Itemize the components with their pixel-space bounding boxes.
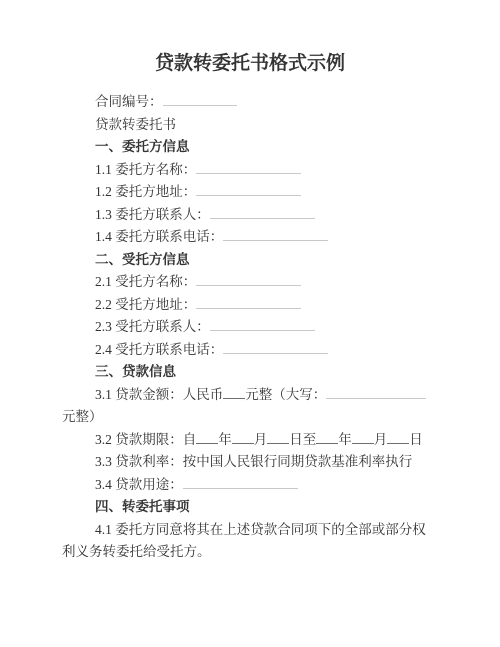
item-2-3: 2.3 受托方联系人： [62, 316, 438, 339]
fill-in-blank [223, 227, 328, 241]
item-1-4: 1.4 委托方联系电话： [62, 226, 438, 249]
fill-in-blank [210, 317, 315, 331]
contract-number-blank [163, 92, 237, 106]
item-1-2: 1.2 委托方地址： [62, 181, 438, 204]
item-label: 2.1 受托方名称： [95, 274, 196, 289]
start-year-blank [196, 430, 218, 444]
fill-in-blank [196, 160, 301, 174]
year-label: 年 [218, 432, 232, 447]
end-year-blank [316, 430, 338, 444]
fill-in-blank [196, 295, 301, 309]
item-label: 1.2 委托方地址： [95, 184, 196, 199]
item-label: 1.3 委托方联系人： [95, 207, 210, 222]
section-4-heading: 四、转委托事项 [62, 496, 438, 519]
loan-purpose-blank [183, 475, 298, 489]
loan-amount-line: 3.1 贷款金额：人民币元整（大写：元整） [62, 384, 438, 429]
item-2-1: 2.1 受托方名称： [62, 271, 438, 294]
day-label: 日 [409, 432, 423, 447]
end-month-blank [352, 430, 374, 444]
loan-term-line: 3.2 贷款期限：自年月日至年月日 [62, 429, 438, 452]
loan-term-pre: 3.2 贷款期限：自 [95, 432, 196, 447]
item-label: 1.1 委托方名称： [95, 162, 196, 177]
item-1-1: 1.1 委托方名称： [62, 159, 438, 182]
page-title: 贷款转委托书格式示例 [62, 50, 438, 78]
item-2-2: 2.2 受托方地址： [62, 294, 438, 317]
start-month-blank [232, 430, 254, 444]
start-day-blank [267, 430, 289, 444]
year-label: 年 [338, 432, 352, 447]
section-2-heading: 二、受托方信息 [62, 249, 438, 272]
section-3-heading: 三、贷款信息 [62, 361, 438, 384]
end-day-blank [387, 430, 409, 444]
loan-amount-pre: 3.1 贷款金额：人民币 [95, 387, 223, 402]
amount-number-blank [223, 385, 245, 399]
month-label: 月 [254, 432, 268, 447]
loan-amount-post: 元整） [62, 409, 103, 424]
loan-purpose-line: 3.4 贷款用途： [62, 474, 438, 497]
fill-in-blank [210, 205, 315, 219]
item-label: 1.4 委托方联系电话： [95, 229, 223, 244]
contract-number-label: 合同编号： [95, 94, 163, 109]
item-label: 2.4 受托方联系电话： [95, 342, 223, 357]
fill-in-blank [196, 272, 301, 286]
amount-caps-blank [326, 385, 426, 399]
item-label: 2.3 受托方联系人： [95, 319, 210, 334]
fill-in-blank [223, 340, 328, 354]
loan-amount-mid: 元整（大写： [245, 387, 326, 402]
fill-in-blank [196, 182, 301, 196]
doc-subtitle: 贷款转委托书 [62, 114, 438, 137]
day-to-label: 日至 [289, 432, 316, 447]
section-1-heading: 一、委托方信息 [62, 136, 438, 159]
loan-rate-line: 3.3 贷款利率：按中国人民银行同期贷款基准利率执行 [62, 451, 438, 474]
document-page: 贷款转委托书格式示例 合同编号： 贷款转委托书 一、委托方信息 1.1 委托方名… [0, 0, 500, 647]
loan-purpose-label: 3.4 贷款用途： [95, 477, 183, 492]
month-label: 月 [374, 432, 388, 447]
item-2-4: 2.4 受托方联系电话： [62, 339, 438, 362]
item-1-3: 1.3 委托方联系人： [62, 204, 438, 227]
contract-number-line: 合同编号： [62, 91, 438, 114]
transfer-clause: 4.1 委托方同意将其在上述贷款合同项下的全部或部分权利义务转委托给受托方。 [62, 519, 438, 564]
item-label: 2.2 受托方地址： [95, 297, 196, 312]
